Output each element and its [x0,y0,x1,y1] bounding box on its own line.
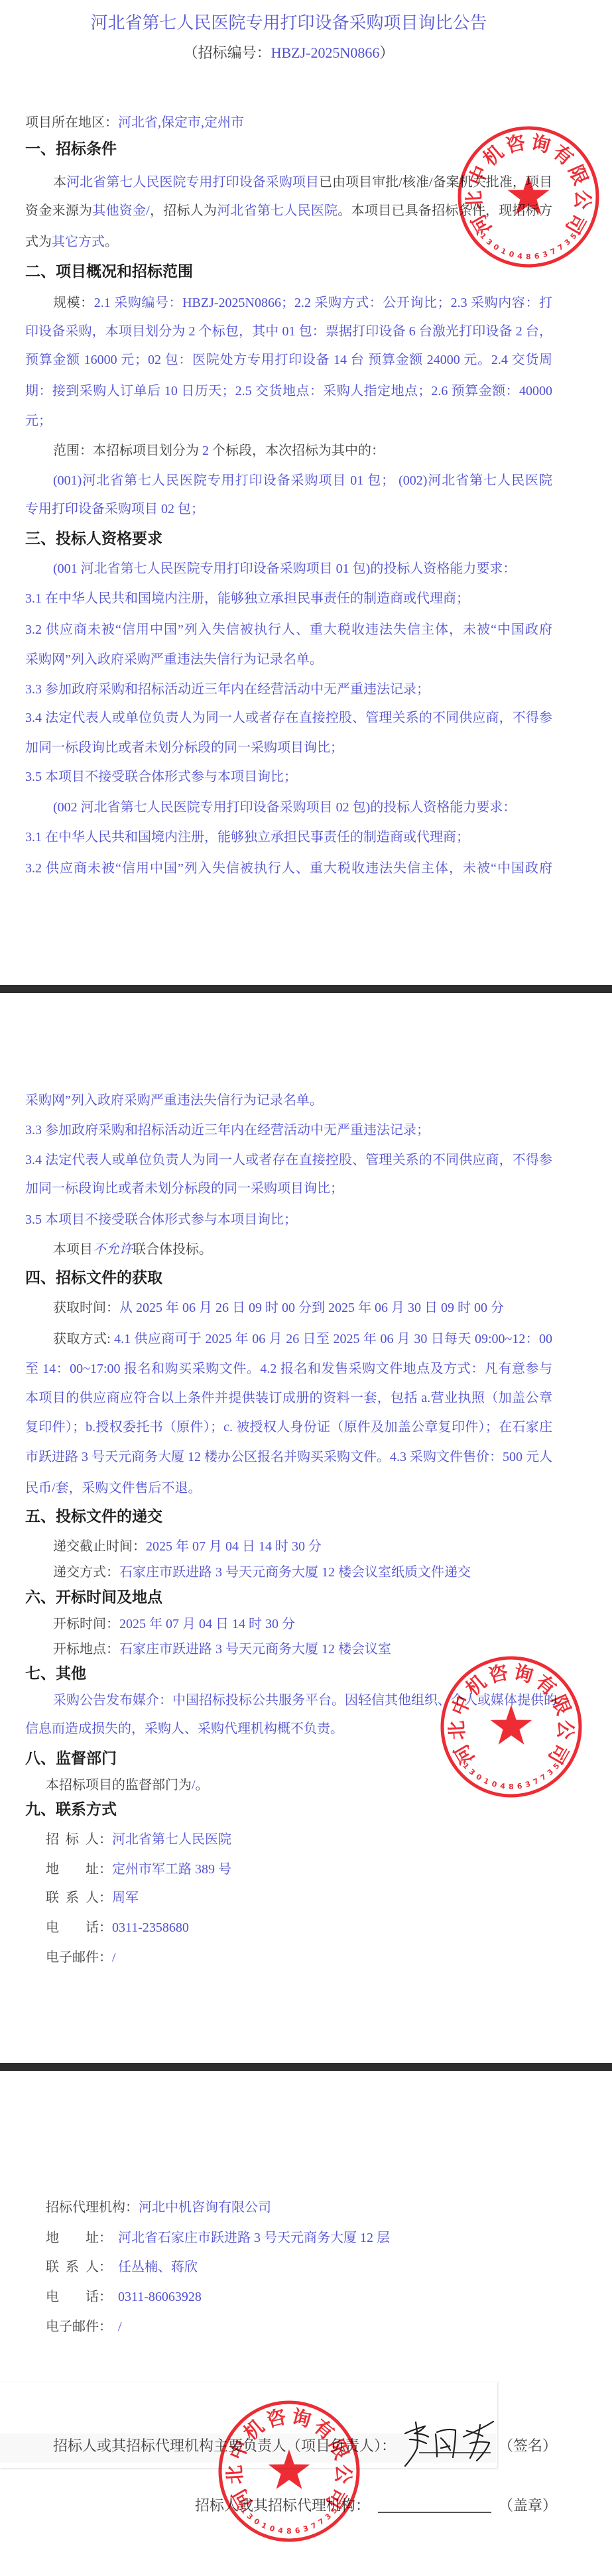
scale-text: 2.1 采购编号：HBZJ-2025N0866；2.2 采购方式：公开询比；2.… [94,296,552,310]
seal-underline [378,2512,491,2513]
requirement-line: 3.4 法定代表人或单位负责人为同一人或者存在直接控股、管理关系的不同供应商，不… [25,1150,552,1170]
sign-suffix: （签名） [499,2436,557,2456]
scope-line: 范围：本招标项目划分为 2 个标段，本次招标为其中的： [53,441,385,461]
field-label: 电子邮件 [46,1948,99,1967]
tenderer-address-row: 地址：定州市军工路 389 号 [46,1859,231,1879]
text-run: 。 [105,235,118,249]
colon: ： [99,2231,112,2245]
requirement-line: 采购网”列入政府采购严重违法失信行为记录名单。 [25,1090,323,1110]
seal-star-icon [269,2449,310,2489]
field-label: 地址 [46,1859,99,1879]
agency-name: 河北中机咨询有限公司 [139,2200,271,2215]
obtain-method-line: 复印件）；b.授权委托书（原件）；c. 被授权人身份证（原件及加盖公章复印件）；… [25,1417,552,1437]
field-label: 地址 [46,2228,99,2248]
scale-line: 元； [25,411,52,431]
tenderer-name: 河北省第七人民医院 [112,1832,231,1847]
obtain-method-line: 至 14：00~17:00 报名和购买采购文件。4.2 报名和发售采购文件地点及… [25,1359,552,1379]
requirement-line: 3.3 参加政府采购和招标活动近三年内在经营活动中无严重违法记录； [25,1120,430,1140]
obtain-time-value: 从 2025 年 06 月 26 日 09 时 00 分到 2025 年 06 … [119,1301,504,1315]
agency-contact-row: 联系人：任丛楠、蒋欣 [46,2257,198,2277]
project-region-line: 项目所在地区：河北省,保定市,定州市 [25,113,244,133]
bid-number-prefix: （招标编号： [184,44,271,61]
requirement-line: 3.1 在中华人民共和国境内注册，能够独立承担民事责任的制造商或代理商； [25,589,469,609]
tenderer-address: 定州市军工路 389 号 [112,1862,231,1877]
seal-star-icon [491,1705,532,1745]
document-title: 河北省第七人民医院专用打印设备采购项目询比公告 [25,11,552,35]
section-heading-submission: 五、投标文件的递交 [25,1506,162,1527]
section-heading-other: 七、其他 [25,1663,86,1684]
obtain-method-text: 4.1 供应商可于 2025 年 06 月 26 日至 2025 年 06 月 … [111,1332,552,1346]
lot-list-line: (001)河北省第七人民医院专用打印设备采购项目 01 包； (002)河北省第… [53,471,552,491]
tenderer-email-row: 电子邮件：/ [46,1948,116,1967]
tenderer-email: / [112,1950,116,1965]
scale-line: 规模：2.1 采购编号：HBZJ-2025N0866；2.2 采购方式：公开询比… [53,293,552,313]
company-seal: 河北中机咨询有限公司 1301048637735 [456,125,601,269]
section-heading-project-overview: 二、项目概况和招标范围 [25,261,193,282]
agency-phone-row: 电话：0311-86063928 [46,2287,202,2307]
requirement-line: 3.5 本项目不接受联合体形式参与本项目询比； [25,1210,297,1230]
obtain-method-line: 本项目的供应商应符合以上条件并提供装订成册的资料一套，包括 a.营业执照（加盖公… [25,1388,552,1408]
region-value: 河北省,保定市,定州市 [118,115,244,130]
obtain-method-line: 民币/套，采购文件售后不退。 [25,1478,202,1498]
project-name: 河北省第七人民医院专用打印设备采购项目 [66,175,319,190]
agency-phone: 0311-86063928 [118,2290,202,2304]
bid-number: HBZJ-2025N0866 [271,44,380,61]
text-run: 。 [196,1778,209,1792]
tenderer-contact: 周军 [112,1891,139,1905]
lot-list-line: 专用打印设备采购项目 02 包； [25,499,204,519]
agency-address-row: 地址：河北省石家庄市跃进路 3 号天元商务大厦 12 层 [46,2228,390,2248]
obtain-time-label: 获取时间： [53,1301,119,1315]
lot1-requirements-title: (001 河北省第七人民医院专用打印设备采购项目 01 包)的投标人资格能力要求… [53,559,516,579]
bid-number-line: （招标编号：HBZJ-2025N0866） [25,43,552,63]
lot2-requirements-title: (002 河北省第七人民医院专用打印设备采购项目 02 包)的投标人资格能力要求… [53,797,516,817]
agency-address: 河北省石家庄市跃进路 3 号天元商务大厦 12 层 [118,2231,390,2245]
obtain-method-line: 获取方式: 4.1 供应商可于 2025 年 06 月 26 日至 2025 年… [53,1329,552,1349]
field-label: 电话 [46,2287,99,2307]
page-separator [0,985,612,993]
colon: ： [99,1862,112,1877]
page-separator [0,2063,612,2071]
requirement-line: 3.3 参加政府采购和招标活动近三年内在经营活动中无严重违法记录； [25,679,430,699]
tenderer-name: 河北省第七人民医院 [217,204,337,218]
opening-place-line: 开标地点：石家庄市跃进路 3 号天元商务大厦 12 楼会议室 [53,1639,391,1659]
section-heading-tender-conditions: 一、招标条件 [25,139,117,160]
agency-contact: 任丛楠、蒋欣 [118,2260,198,2274]
section-heading-contacts: 九、联系方式 [25,1799,117,1820]
consortium-status: 不允许 [93,1242,133,1257]
field-label: 电子邮件 [46,2317,99,2337]
lot-count: 2 [202,443,209,458]
agency-email: / [118,2319,122,2334]
tender-method: 其它方式 [52,235,105,249]
other-line: 信息而造成损失的，采购人、采购代理机构概不负责。 [25,1719,343,1739]
scale-line: 印设备采购，本项目划分为 2 个标包，其中 01 包：票据打印设备 6 台激光打… [25,322,552,341]
company-seal: 河北中机咨询有限公司 1301048637735 [217,2399,361,2544]
opening-place-label: 开标地点： [53,1642,119,1657]
deadline-label: 递交截止时间： [53,1539,146,1554]
bid-number-suffix: ） [379,44,394,61]
submission-method-value: 石家庄市跃进路 3 号天元商务大厦 12 楼会议室纸质文件递交 [119,1565,471,1580]
submission-method-line: 递交方式：石家庄市跃进路 3 号天元商务大厦 12 楼会议室纸质文件递交 [53,1562,471,1582]
requirement-line: 采购网”列入政府采购严重违法失信行为记录名单。 [25,650,323,670]
opening-time-label: 开标时间： [53,1617,119,1631]
colon: ： [99,2260,112,2274]
section-heading-bid-opening: 六、开标时间及地点 [25,1587,162,1608]
obtain-method-line: 市跃进路 3 号天元商务大厦 12 楼办公区报名并购买采购文件。4.3 采购文件… [25,1447,552,1467]
agency-name-row: 招标代理机构：河北中机咨询有限公司 [46,2197,271,2217]
supervision-line: 本招标项目的监督部门为/。 [46,1775,209,1795]
colon: ： [99,1920,112,1935]
obtain-method-label: 获取方式: [53,1332,111,1346]
field-label: 招标人 [46,1830,99,1849]
submission-deadline-line: 递交截止时间：2025 年 07 月 04 日 14 时 30 分 [53,1537,322,1556]
funding-source: 其他资金/ [92,204,150,218]
tenderer-phone-row: 电话：0311-2358680 [46,1918,189,1938]
colon: ： [99,2290,112,2304]
colon: ： [99,1950,112,1965]
scale-line: 期：接到采购人订单后 10 日历天；2.5 交货地点：采购人指定地点；2.6 预… [25,381,552,401]
requirement-line: 3.5 本项目不接受联合体形式参与本项目询比； [25,767,297,787]
requirement-line: 3.2 供应商未被“信用中国”列入失信被执行人、重大税收违法失信主体，未被“中国… [25,620,552,640]
text-run: 资金来源为 [25,204,92,218]
consortium-line: 本项目不允许联合体投标。 [53,1240,212,1259]
company-seal: 河北中机咨询有限公司 1301048637735 [439,1655,583,1799]
region-label: 项目所在地区： [25,115,118,130]
text-run: 本项目 [53,1242,93,1257]
requirement-line: 加同一标段询比或者未划分标段的同一采购项目询比； [25,738,343,758]
opening-time-value: 2025 年 07 月 04 日 14 时 30 分 [119,1617,295,1631]
tenderer-name-row: 招标人：河北省第七人民医院 [46,1830,231,1849]
field-label: 招标代理机构： [46,2200,139,2215]
agency-email-row: 电子邮件：/ [46,2317,122,2337]
text-run: 式为 [25,235,52,249]
section-heading-bidder-qualifications: 三、投标人资格要求 [25,528,162,550]
field-label: 电话 [46,1918,99,1938]
scale-label: 规模： [53,296,94,310]
announcement-document: 河北省第七人民医院专用打印设备采购项目询比公告 （招标编号：HBZJ-2025N… [0,0,612,2576]
obtain-time-line: 获取时间：从 2025 年 06 月 26 日 09 时 00 分到 2025 … [53,1298,504,1318]
text-run: 本招标项目的监督部门为 [46,1778,192,1792]
body-line: 式为其它方式。 [25,232,118,252]
seal-suffix: （盖章） [499,2496,557,2516]
opening-time-line: 开标时间：2025 年 07 月 04 日 14 时 30 分 [53,1614,295,1634]
seal-star-icon [508,175,550,215]
colon: ： [99,2319,112,2334]
submission-method-label: 递交方式： [53,1565,119,1580]
requirement-line: 3.2 供应商未被“信用中国”列入失信被执行人、重大税收违法失信主体，未被“中国… [25,858,552,878]
handwritten-signature [401,2416,497,2469]
requirement-line: 3.1 在中华人民共和国境内注册，能够独立承担民事责任的制造商或代理商； [25,827,469,847]
section-heading-supervision: 八、监督部门 [25,1748,117,1769]
deadline-value: 2025 年 07 月 04 日 14 时 30 分 [146,1539,322,1554]
tenderer-contact-row: 联系人：周军 [46,1888,139,1908]
text-run: 联合体投标。 [133,1242,212,1257]
colon: ： [99,1832,112,1847]
requirement-line: 加同一标段询比或者未划分标段的同一采购项目询比； [25,1179,343,1199]
text-run: 范围：本招标项目划分为 [53,443,202,458]
tenderer-phone: 0311-2358680 [112,1920,189,1935]
colon: ： [99,1891,112,1905]
text-run: ，招标人为 [150,204,217,218]
field-label: 联系人 [46,2257,99,2277]
text-run: 本 [53,175,66,190]
text-run: 个标段，本次招标为其中的： [209,443,385,458]
scale-line: 预算金额 16000 元；02 包：医院处方专用打印设备 14 台 预算金额 2… [25,350,552,370]
field-label: 联系人 [46,1888,99,1908]
requirement-line: 3.4 法定代表人或单位负责人为同一人或者存在直接控股、管理关系的不同供应商，不… [25,708,552,728]
section-heading-obtain-documents: 四、招标文件的获取 [25,1267,162,1289]
opening-place-value: 石家庄市跃进路 3 号天元商务大厦 12 楼会议室 [119,1642,391,1657]
